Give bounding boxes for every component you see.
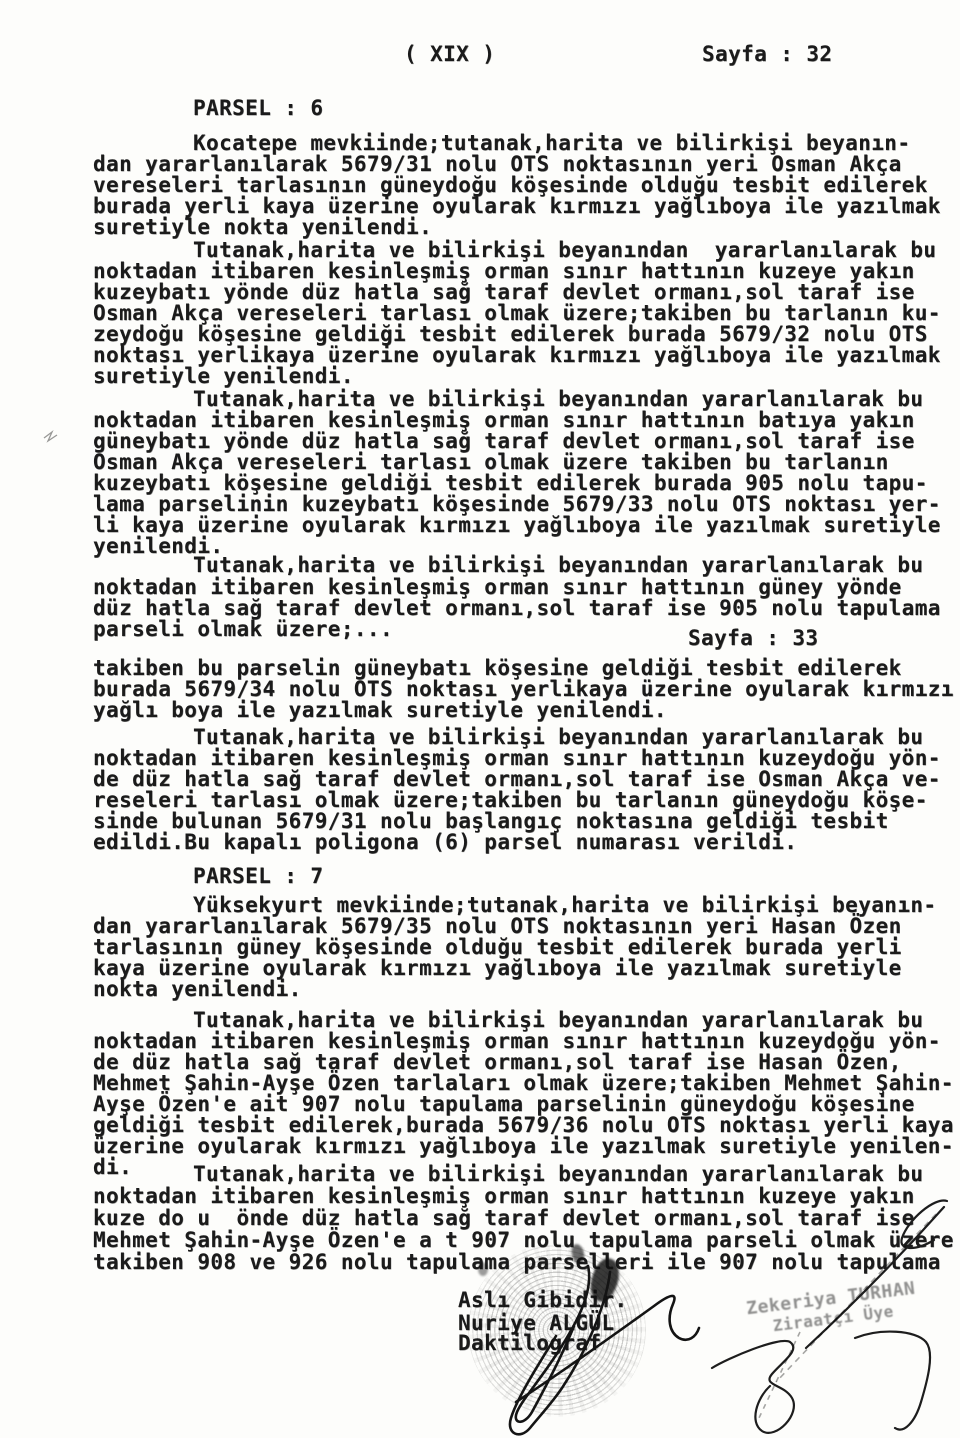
typewritten-line: kuze do u önde düz hatla sağ taraf devle…	[93, 1208, 915, 1229]
typewritten-line: Tutanak,harita ve bilirkişi beyanından y…	[193, 555, 923, 576]
typewritten-line: Tutanak,harita ve bilirkişi beyanından y…	[193, 389, 923, 410]
typewritten-line: takiben bu parselin güneybatı köşesine g…	[93, 658, 902, 679]
ink-blot	[478, 1262, 488, 1276]
typewritten-line: noktadan itibaren kesinleşmiş orman sını…	[93, 1186, 915, 1207]
document-page: ( XIX )Sayfa : 32PARSEL : 6Kocatepe mevk…	[0, 0, 960, 1438]
typewritten-line: noktadan itibaren kesinleşmiş orman sını…	[93, 577, 902, 598]
typewritten-line: Kocatepe mevkiinde;tutanak,harita ve bil…	[193, 133, 910, 154]
page-number: Sayfa : 32	[702, 44, 832, 65]
typewritten-line: üzerine oyularak kırmızı yağlıboya ile y…	[93, 1136, 954, 1157]
typewritten-line: dan yararlanılarak 5679/35 nolu OTS nokt…	[93, 916, 902, 937]
typewritten-line: güneybatı yönde düz hatla sağ taraf devl…	[93, 431, 915, 452]
round-seal-stamp	[468, 1243, 646, 1417]
margin-scribble	[44, 432, 57, 441]
typewritten-line: noktadan itibaren kesinleşmiş orman sını…	[93, 261, 915, 282]
typewritten-line: de düz hatla sağ taraf devlet ormanı,sol…	[93, 769, 941, 790]
typewritten-line: vereseleri tarlasının güneydoğu köşesind…	[93, 175, 928, 196]
typewritten-line: noktadan itibaren kesinleşmiş orman sını…	[93, 410, 915, 431]
typewritten-line: Tutanak,harita ve bilirkişi beyanından y…	[193, 1010, 923, 1031]
typewritten-line: suretiyle nokta yenilendi.	[93, 217, 432, 238]
typewritten-line: nokta yenilendi.	[93, 979, 302, 1000]
typewritten-line: edildi.Bu kapalı poligona (6) parsel num…	[93, 832, 797, 853]
typewritten-line: burada yerli kaya üzerine oyularak kırmı…	[93, 196, 941, 217]
typewritten-line: Ayşe Özen'e ait 907 nolu tapulama parsel…	[93, 1094, 915, 1115]
typewritten-line: Osman Akça vereseleri tarlası olmak üzer…	[93, 303, 941, 324]
typewritten-line: kaya üzerine oyularak kırmızı yağlıboya …	[93, 958, 902, 979]
typewritten-line: reseleri tarlası olmak üzere;takiben bu …	[93, 790, 928, 811]
page-number-2: Sayfa : 33	[688, 628, 818, 649]
typewritten-line: zeydoğu köşesine geldiği tesbit edilerek…	[93, 324, 928, 345]
typewritten-line: noktadan itibaren kesinleşmiş orman sını…	[93, 1031, 941, 1052]
volume-numeral: ( XIX )	[404, 44, 495, 65]
typewritten-line: dan yararlanılarak 5679/31 nolu OTS nokt…	[93, 154, 902, 175]
typewritten-line: li kaya üzerine oyularak kırmızı yağlıbo…	[93, 515, 941, 536]
typewritten-line: geldiği tesbit edilerek,burada 5679/36 n…	[93, 1115, 954, 1136]
typewritten-line: kuzeybatı köşesine geldiği tesbit ediler…	[93, 473, 928, 494]
typewritten-line: burada 5679/34 nolu OTS noktası yerlikay…	[93, 679, 954, 700]
typewritten-line: Yüksekyurt mevkiinde;tutanak,harita ve b…	[193, 895, 936, 916]
parcel-7-heading: PARSEL : 7	[193, 866, 323, 887]
parcel-6-heading: PARSEL : 6	[193, 98, 323, 119]
typewritten-line: tarlasının güney köşesinde olduğu tesbit…	[93, 937, 902, 958]
member-stamp: Zekeriya TURHAN Ziraatçı Üye	[740, 1277, 924, 1339]
typewritten-line: Tutanak,harita ve bilirkişi beyanından y…	[193, 1164, 923, 1185]
typewritten-line: noktası yerlikaya üzerine oyularak kırmı…	[93, 345, 941, 366]
typewritten-line: noktadan itibaren kesinleşmiş orman sını…	[93, 748, 941, 769]
typewritten-line: Osman Akça vereseleri tarlası olmak üzer…	[93, 452, 889, 473]
typewritten-line: parseli olmak üzere;...	[93, 619, 393, 640]
typewritten-line: Tutanak,harita ve bilirkişi beyanından y…	[193, 240, 936, 261]
typewritten-line: di.	[93, 1157, 132, 1178]
typewritten-line: Mehmet Şahin-Ayşe Özen tarlaları olmak ü…	[93, 1073, 954, 1094]
typewritten-line: lama parselinin kuzeybatı köşesinde 5679…	[93, 494, 941, 515]
typewritten-line: de düz hatla sağ taraf devlet ormanı,sol…	[93, 1052, 902, 1073]
typewritten-line: düz hatla sağ taraf devlet ormanı,sol ta…	[93, 598, 941, 619]
typewritten-line: sinde bulunan 5679/31 nolu başlangıç nok…	[93, 811, 889, 832]
typewritten-line: kuzeybatı yönde düz hatla sağ taraf devl…	[93, 282, 915, 303]
typewritten-line: suretiyle yenilendi.	[93, 366, 354, 387]
typewritten-line: yağlı boya ile yazılmak suretiyle yenile…	[93, 700, 667, 721]
typewritten-line: Mehmet Şahin-Ayşe Özen'e a t 907 nolu ta…	[93, 1230, 954, 1251]
typewritten-line: Tutanak,harita ve bilirkişi beyanından y…	[193, 727, 923, 748]
